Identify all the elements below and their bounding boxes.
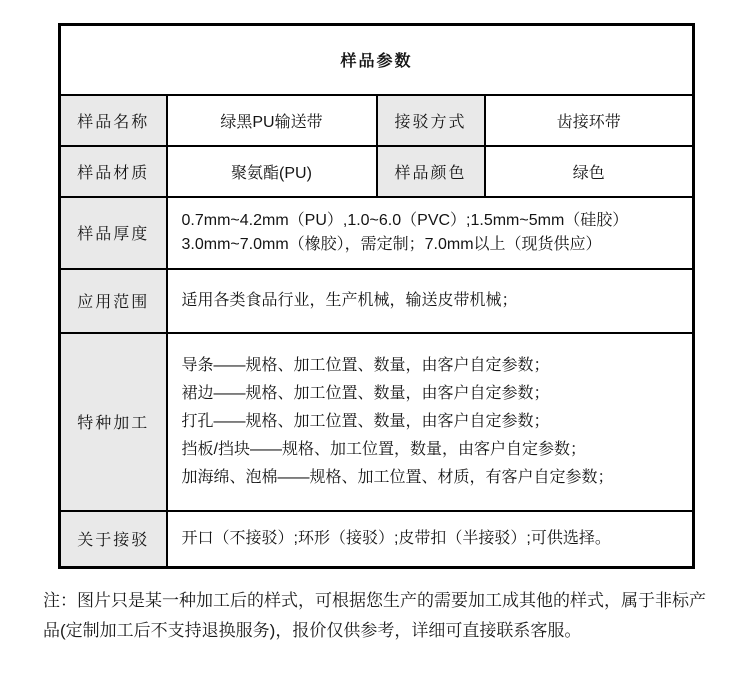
footer-note: 注：图片只是某一种加工后的样式，可根据您生产的需要加工成其他的样式，属于非标产品… — [43, 586, 713, 646]
label-special-processing: 特种加工 — [60, 333, 167, 511]
label-sample-name: 样品名称 — [60, 95, 167, 146]
thickness-line-1: 0.7mm~4.2mm（PU）,1.0~6.0（PVC）;1.5mm~5mm（硅… — [182, 209, 683, 233]
value-sample-color: 绿色 — [485, 146, 694, 197]
label-sample-thickness: 样品厚度 — [60, 197, 167, 269]
special-line-guide-strip: 导条——规格、加工位置、数量，由客户自定参数； — [182, 352, 683, 380]
special-line-punching: 打孔——规格、加工位置、数量，由客户自定参数； — [182, 408, 683, 436]
value-sample-material: 聚氨酯(PU) — [167, 146, 377, 197]
special-line-baffle: 挡板/挡块——规格、加工位置，数量，由客户自定参数； — [182, 436, 683, 464]
special-line-skirt: 裙边——规格、加工位置、数量，由客户自定参数； — [182, 380, 683, 408]
value-sample-thickness: 0.7mm~4.2mm（PU）,1.0~6.0（PVC）;1.5mm~5mm（硅… — [167, 197, 694, 269]
thickness-line-2: 3.0mm~7.0mm（橡胶），需定制；7.0mm以上（现货供应） — [182, 233, 683, 257]
table-row: 应用范围 适用各类食品行业，生产机械，输送皮带机械； — [60, 269, 694, 333]
value-about-joint: 开口（不接驳）;环形（接驳）;皮带扣（半接驳）;可供选择。 — [167, 511, 694, 568]
table-row: 样品材质 聚氨酯(PU) 样品颜色 绿色 — [60, 146, 694, 197]
table-title: 样品参数 — [60, 25, 694, 95]
value-joint-method: 齿接环带 — [485, 95, 694, 146]
sample-parameters-table: 样品参数 样品名称 绿黑PU输送带 接驳方式 齿接环带 样品材质 聚氨酯(PU)… — [58, 23, 695, 569]
label-application-range: 应用范围 — [60, 269, 167, 333]
table-row: 样品厚度 0.7mm~4.2mm（PU）,1.0~6.0（PVC）;1.5mm~… — [60, 197, 694, 269]
label-joint-method: 接驳方式 — [377, 95, 485, 146]
label-about-joint: 关于接驳 — [60, 511, 167, 568]
table-row: 样品名称 绿黑PU输送带 接驳方式 齿接环带 — [60, 95, 694, 146]
label-sample-material: 样品材质 — [60, 146, 167, 197]
value-application-range: 适用各类食品行业，生产机械，输送皮带机械； — [167, 269, 694, 333]
value-sample-name: 绿黑PU输送带 — [167, 95, 377, 146]
table-row: 特种加工 导条——规格、加工位置、数量，由客户自定参数； 裙边——规格、加工位置… — [60, 333, 694, 511]
label-sample-color: 样品颜色 — [377, 146, 485, 197]
table-title-row: 样品参数 — [60, 25, 694, 95]
value-special-processing: 导条——规格、加工位置、数量，由客户自定参数； 裙边——规格、加工位置、数量，由… — [167, 333, 694, 511]
special-line-sponge-foam: 加海绵、泡棉——规格、加工位置、材质，有客户自定参数； — [182, 464, 683, 492]
table-row: 关于接驳 开口（不接驳）;环形（接驳）;皮带扣（半接驳）;可供选择。 — [60, 511, 694, 568]
product-spec-page: 样品参数 样品名称 绿黑PU输送带 接驳方式 齿接环带 样品材质 聚氨酯(PU)… — [0, 0, 750, 679]
